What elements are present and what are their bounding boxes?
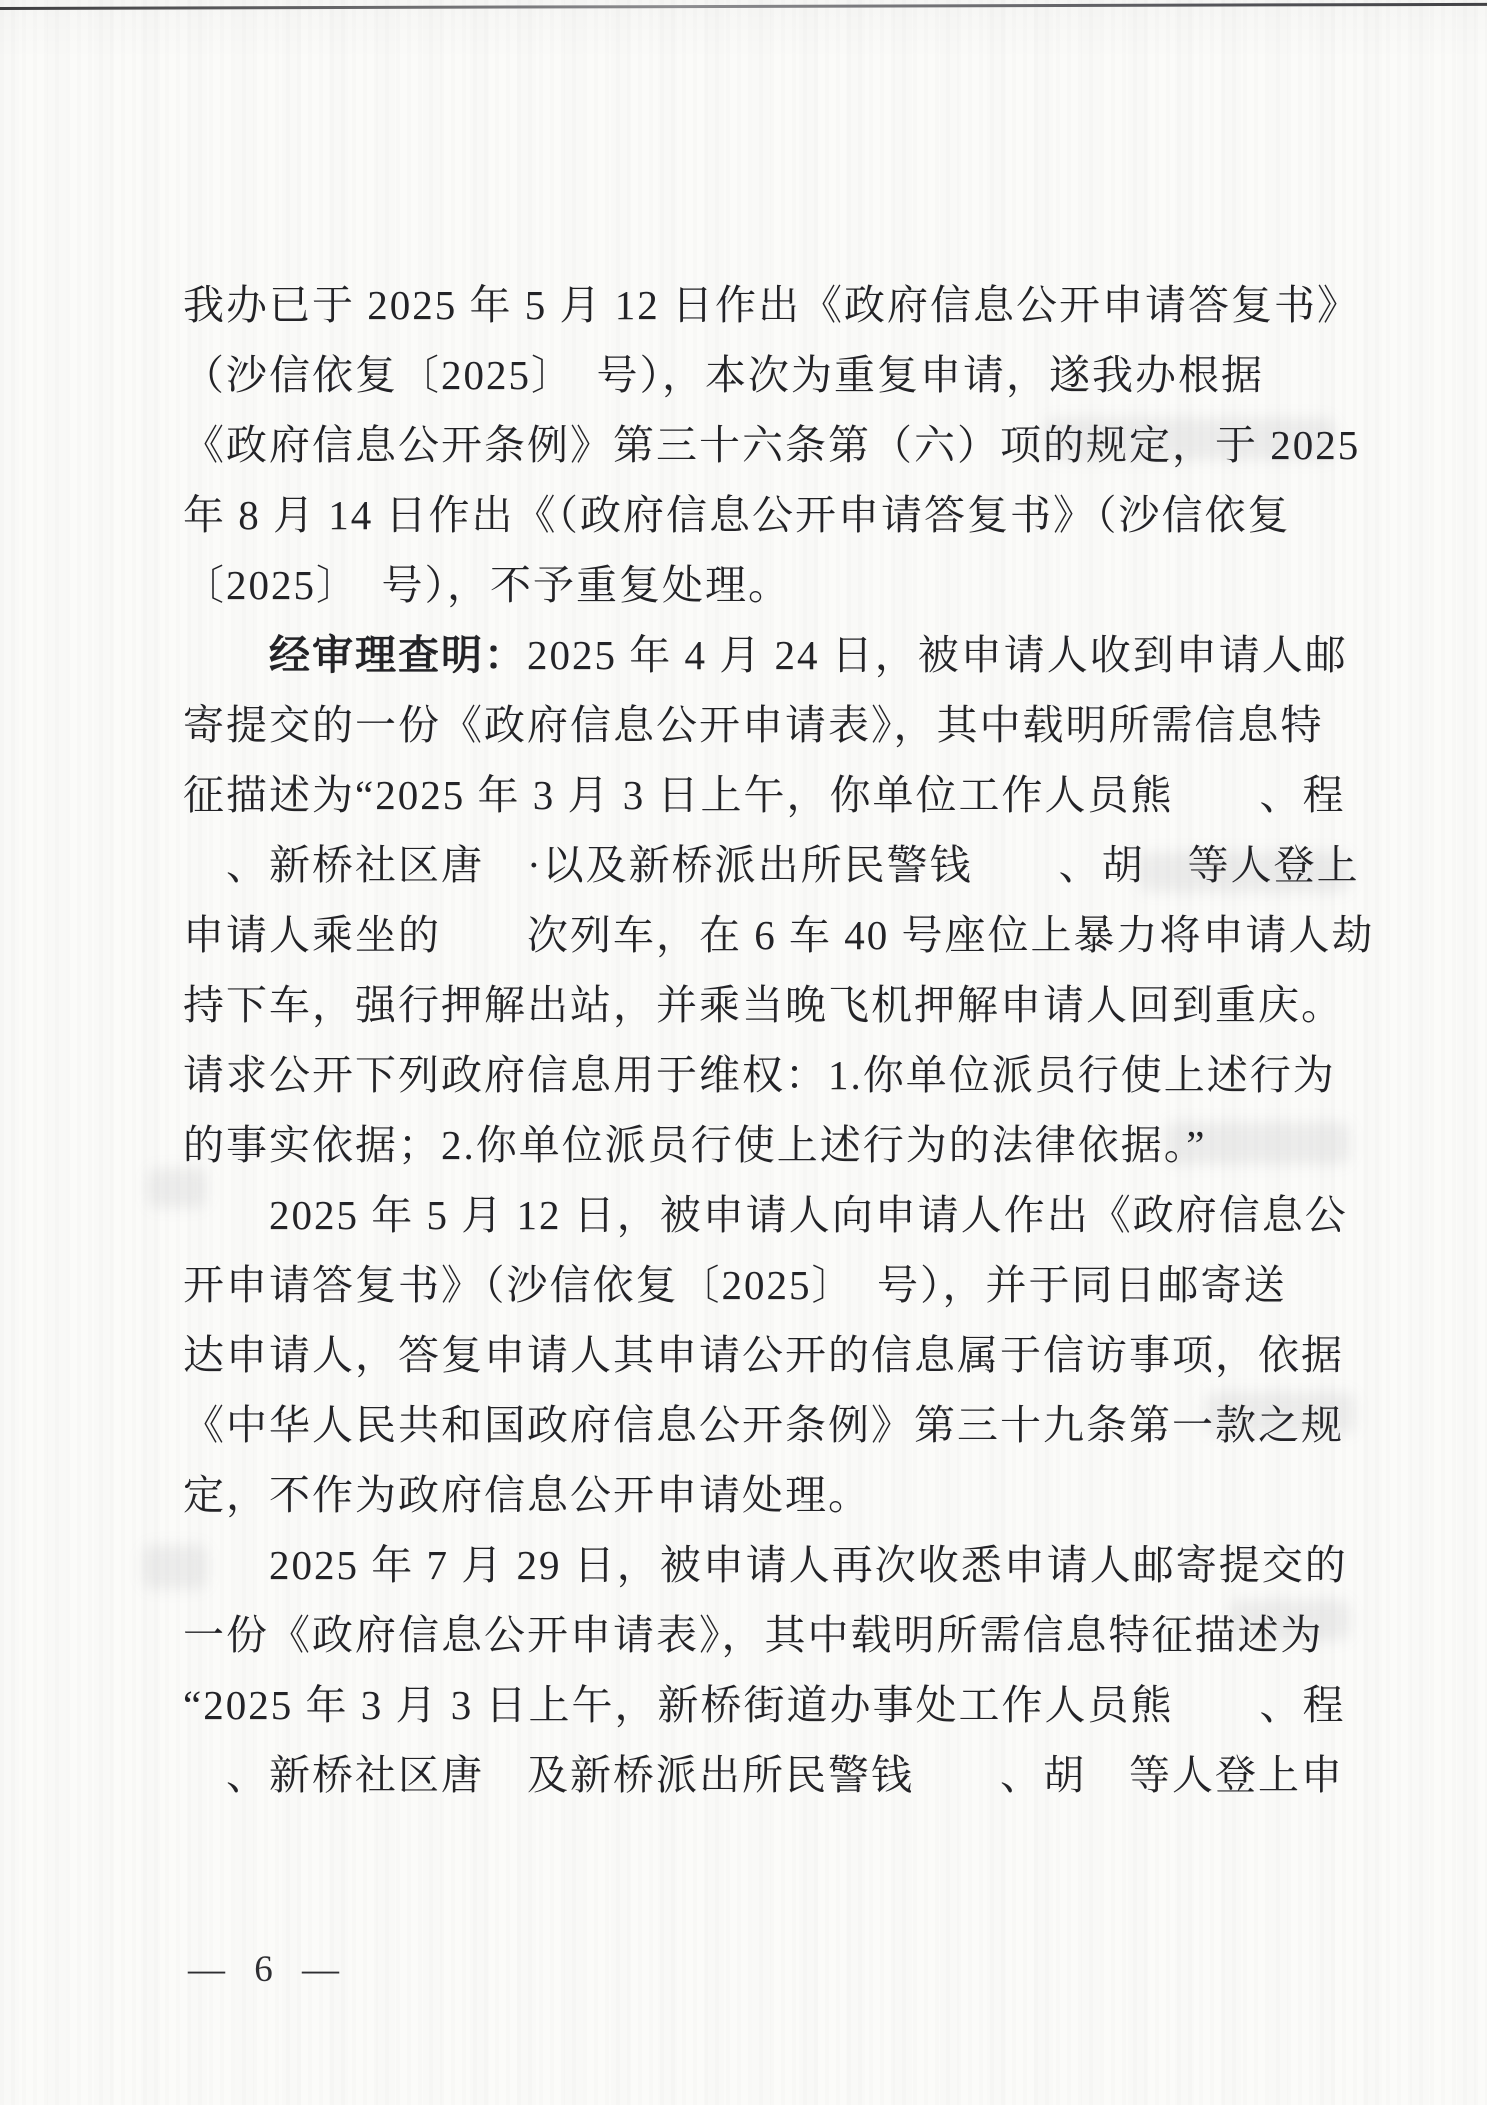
text-line: 的事实依据；2.你单位派员行使上述行为的法律依据。” [183, 1110, 1331, 1180]
text-line: 寄提交的一份《政府信息公开申请表》，其中载明所需信息特 [183, 690, 1331, 760]
text-line: 、新桥社区唐 ·以及新桥派出所民警钱 、胡 等人登上 [183, 830, 1331, 900]
text-line: 年 8 月 14 日作出《（政府信息公开申请答复书》（沙信依复 [183, 480, 1331, 550]
text-line: 达申请人，答复申请人其申请公开的信息属于信访事项，依据 [183, 1320, 1331, 1390]
document-body: 我办已于 2025 年 5 月 12 日作出《政府信息公开申请答复书》 （沙信依… [183, 270, 1331, 1810]
scan-edge-line [0, 3, 1487, 10]
text-line: 申请人乘坐的 次列车，在 6 车 40 号座位上暴力将申请人劫 [183, 900, 1331, 970]
document-page: 我办已于 2025 年 5 月 12 日作出《政府信息公开申请答复书》 （沙信依… [0, 0, 1487, 2105]
text-run: 2025 年 4 月 24 日，被申请人收到申请人邮 [527, 632, 1348, 678]
text-line: 定，不作为政府信息公开申请处理。 [183, 1460, 1331, 1530]
text-line: 一份《政府信息公开申请表》，其中载明所需信息特征描述为 [183, 1600, 1331, 1670]
text-line: 《中华人民共和国政府信息公开条例》第三十九条第一款之规 [183, 1390, 1331, 1460]
text-line: 请求公开下列政府信息用于维权：1.你单位派员行使上述行为 [183, 1040, 1331, 1110]
text-line: 经审理查明：2025 年 4 月 24 日，被申请人收到申请人邮 [183, 620, 1331, 690]
text-line: （沙信依复〔2025〕 号），本次为重复申请，遂我办根据 [183, 340, 1331, 410]
text-line: 2025 年 7 月 29 日，被申请人再次收悉申请人邮寄提交的 [183, 1530, 1331, 1600]
page-number: — 6 — [188, 1948, 349, 1991]
text-line: “2025 年 3 月 3 日上午，新桥街道办事处工作人员熊 、程 [183, 1670, 1331, 1740]
section-lead-bold: 经审理查明： [269, 632, 527, 678]
text-line: 我办已于 2025 年 5 月 12 日作出《政府信息公开申请答复书》 [183, 270, 1331, 340]
text-line: 持下车，强行押解出站，并乘当晚飞机押解申请人回到重庆。 [183, 970, 1331, 1040]
text-line: 开申请答复书》（沙信依复〔2025〕 号），并于同日邮寄送 [183, 1250, 1331, 1320]
text-line: 〔2025〕 号），不予重复处理。 [183, 550, 1331, 620]
text-line: 征描述为“2025 年 3 月 3 日上午，你单位工作人员熊 、程 [183, 760, 1331, 830]
text-line: 、新桥社区唐 及新桥派出所民警钱 、胡 等人登上申 [183, 1740, 1331, 1810]
text-line: 2025 年 5 月 12 日，被申请人向申请人作出《政府信息公 [183, 1180, 1331, 1250]
text-line: 《政府信息公开条例》第三十六条第（六）项的规定，于 2025 [183, 410, 1331, 480]
